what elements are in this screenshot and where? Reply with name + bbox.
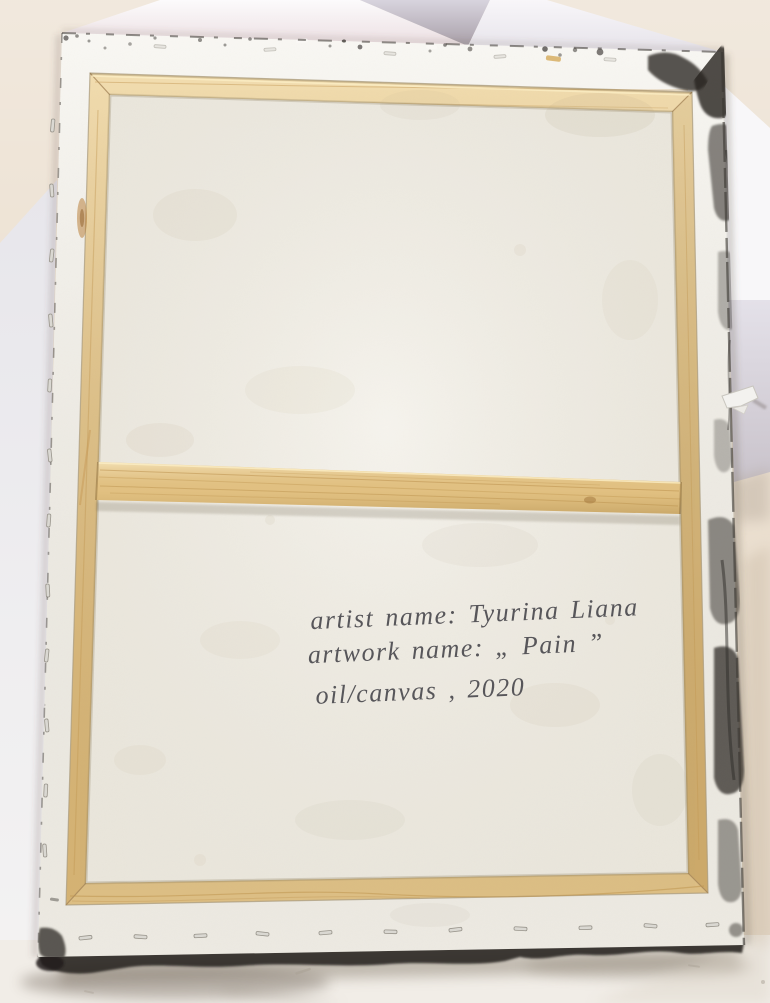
photo-canvas-back: artist name: Tyurina Liana artwork name:… (0, 0, 770, 1003)
canvas-back: artist name: Tyurina Liana artwork name:… (30, 25, 766, 974)
cross-brace-knot (584, 497, 596, 504)
photo-svg: artist name: Tyurina Liana artwork name:… (0, 0, 770, 1003)
canvas-bottom-edge-dark-left (36, 955, 64, 971)
